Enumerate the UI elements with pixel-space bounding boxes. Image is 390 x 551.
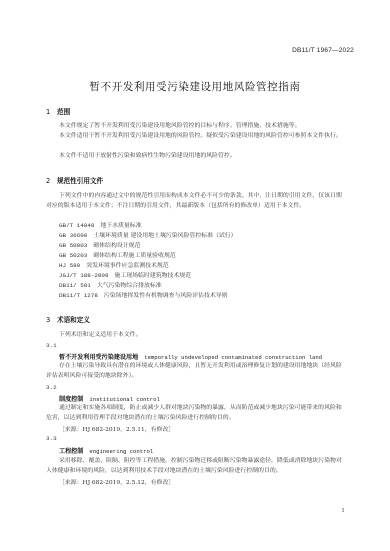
term-heading: 制度控制institutional control — [59, 394, 160, 403]
section-1-heading: 1范围 — [46, 106, 70, 116]
paragraph: 本文件不适用于放射性污染和致病性生物污染建设用地的风险管控。 — [46, 151, 346, 161]
paragraph: 下列术语和定义适用于本文件。 — [46, 330, 346, 340]
reference-item: DB11/T 1278污染场地挥发性有机物调查与风险评估技术导则 — [59, 291, 228, 301]
term-en: temporally undeveloped contaminated cons… — [144, 354, 322, 361]
term-zh: 暂不开发利用受污染建设用地 — [59, 354, 138, 361]
reference-item: HJ 589突发环境事件应急监测技术规范 — [59, 261, 169, 271]
reference-item: DB11/ 501大气污染物综合排放标准 — [59, 281, 162, 291]
section-title: 范围 — [57, 108, 70, 116]
standard-code: DB11/T 1967—2022 — [292, 47, 354, 54]
term-heading: 暂不开发利用受污染建设用地temporally undeveloped cont… — [59, 352, 322, 361]
term-number: 3.1 — [46, 342, 57, 349]
document-page: DB11/T 1967—2022 暂不开发利用受污染建设用地风险管控指南 1范围… — [0, 0, 390, 551]
term-definition: 采用移除、覆盖、阻隔、阻控等工程措施，控制污染物迁移或阻断污染物暴露途径，降低或… — [46, 456, 346, 476]
reference-item: GB 50003砌体结构设计规范 — [59, 241, 140, 251]
reference-item: GB 36600土壤环境质量 建设用地土壤污染风险管控标准（试行） — [59, 231, 237, 241]
term-number: 3.3 — [46, 435, 57, 442]
document-title: 暂不开发利用受污染建设用地风险管控指南 — [0, 79, 390, 94]
reference-item: GB 50203砌体结构工程施工质量验收规范 — [59, 251, 176, 261]
section-title: 术语和定义 — [57, 316, 90, 324]
section-title: 规范性引用文件 — [57, 177, 103, 185]
paragraph: 下列文件中的内容通过文中的规范性引用而构成本文件必不可少的条款。其中，注日期的引… — [46, 191, 346, 211]
section-3-heading: 3术语和定义 — [46, 314, 90, 324]
paragraph: 本文件适用于暂不开发利用受污染建设用地的风险管控。疑似受污染建设用地的风险管控可… — [46, 131, 346, 141]
section-number: 1 — [46, 108, 57, 116]
reference-item: JGJ/T 188-2009施工现场临时建筑物技术规范 — [59, 271, 191, 281]
section-2-heading: 2规范性引用文件 — [46, 175, 103, 185]
term-definition: 存在土壤污染导致具有潜在的环境或人体健康风险，且暂无开发利用或治理修复计划的建设… — [46, 361, 346, 381]
term-zh: 制度控制 — [59, 396, 83, 403]
section-number: 3 — [46, 316, 57, 324]
term-definition: 通过制定和实施各项制度，防止或减少人群对地块污染物的暴露，从而防范或减少地块污染… — [46, 403, 346, 423]
term-source: ［来源：HJ 682-2019，2.5.12，有修改］ — [59, 477, 174, 486]
term-number: 3.2 — [46, 384, 57, 391]
term-zh: 工程控制 — [59, 448, 83, 455]
reference-item: GB/T 14848地下水质量标准 — [59, 221, 142, 231]
section-number: 2 — [46, 177, 57, 185]
term-heading: 工程控制engineering control — [59, 446, 153, 455]
term-en: engineering control — [89, 448, 153, 455]
term-en: institutional control — [89, 396, 160, 403]
page-number: 1 — [341, 508, 345, 514]
term-source: ［来源：HJ 682-2019，2.5.11，有修改］ — [59, 424, 174, 433]
paragraph: 本文件规定了暂不开发利用受污染建设用地风险管控的目标与程序、管理措施、技术措施等… — [46, 121, 346, 131]
